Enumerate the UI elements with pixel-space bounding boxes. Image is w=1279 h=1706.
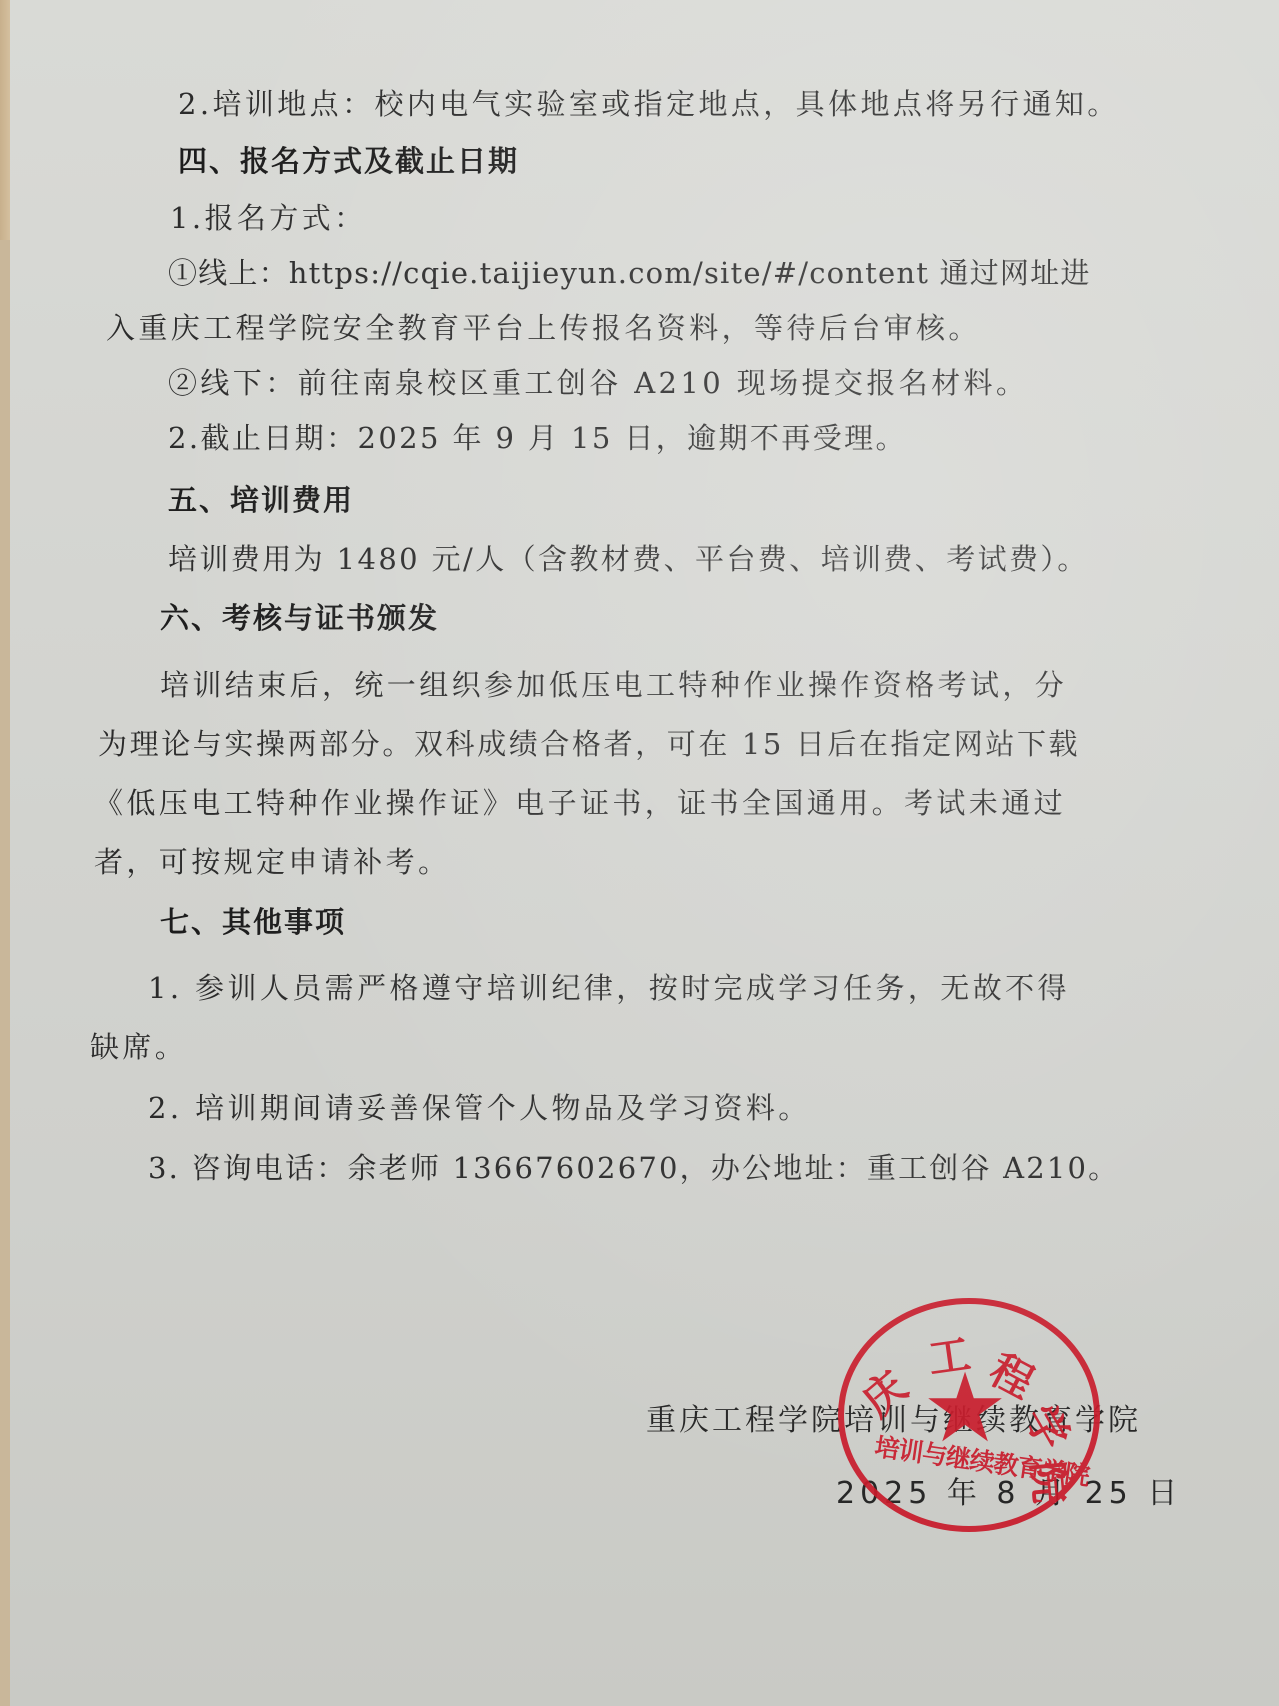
registration-method-label: 1.报名方式： xyxy=(170,198,366,238)
offline-registration-line: ②线下：前往南泉校区重工创谷 A210 现场提交报名材料。 xyxy=(168,363,1028,403)
online-registration-line-2: 入重庆工程学院安全教育平台上传报名资料，等待后台审核。 xyxy=(106,308,981,348)
exam-paragraph-line-2: 为理论与实操两部分。双科成绩合格者，可在 15 日后在指定网站下载 xyxy=(98,724,1080,764)
section-heading-registration: 四、报名方式及截止日期 xyxy=(178,141,519,181)
document-page: 2.培训地点：校内电气实验室或指定地点，具体地点将另行通知。 四、报名方式及截止… xyxy=(10,0,1279,1706)
section-heading-other: 七、其他事项 xyxy=(160,902,346,942)
section-heading-fee: 五、培训费用 xyxy=(168,480,354,520)
deadline-line: 2.截止日期：2025 年 9 月 15 日，逾期不再受理。 xyxy=(168,418,907,458)
other-item-2: 2. 培训期间请妥善保管个人物品及学习资料。 xyxy=(148,1088,811,1128)
exam-paragraph-line-4: 者，可按规定申请补考。 xyxy=(94,842,450,882)
official-seal: 庆 工 程 学 院 ★ 培训与继续教育学院 xyxy=(838,1298,1100,1532)
section-heading-exam-certificate: 六、考核与证书颁发 xyxy=(160,598,439,638)
online-registration-line-1: ①线上：https://cqie.taijieyun.com/site/#/co… xyxy=(168,253,1091,293)
other-item-1-line-1: 1. 参训人员需严格遵守培训纪律，按时完成学习任务，无故不得 xyxy=(148,968,1070,1008)
other-item-1-line-2: 缺席。 xyxy=(90,1027,187,1067)
exam-paragraph-line-1: 培训结束后，统一组织参加低压电工特种作业操作资格考试，分 xyxy=(160,665,1067,705)
fee-line: 培训费用为 1480 元/人（含教材费、平台费、培训费、考试费）。 xyxy=(168,539,1089,579)
exam-paragraph-line-3: 《低压电工特种作业操作证》电子证书，证书全国通用。考试未通过 xyxy=(94,783,1066,823)
other-item-3-contact: 3. 咨询电话：余老师 13667602670，办公地址：重工创谷 A210。 xyxy=(148,1148,1119,1188)
seal-char: 庆 xyxy=(848,1356,919,1429)
training-location-line: 2.培训地点：校内电气实验室或指定地点，具体地点将另行通知。 xyxy=(178,84,1120,124)
